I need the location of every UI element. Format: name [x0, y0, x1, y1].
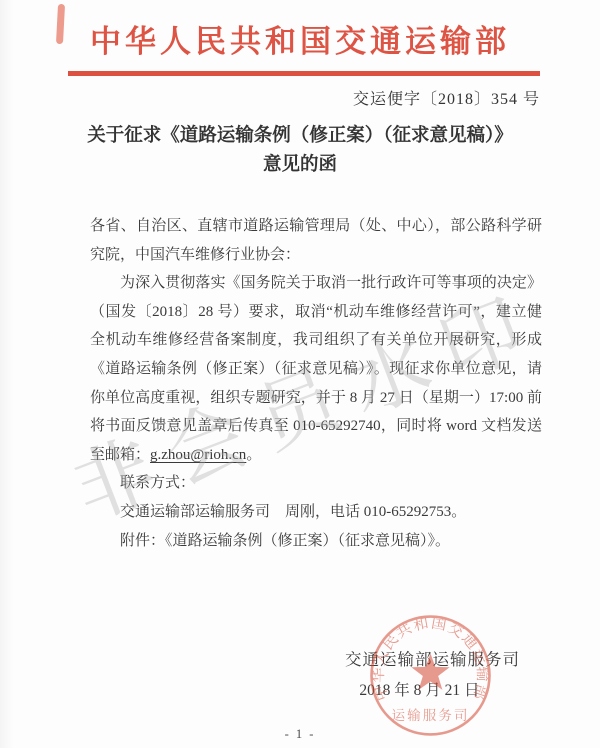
attachment-note: 附件：《道路运输条例（修正案）（征求意见稿）》。 — [90, 527, 542, 556]
seal-ring — [372, 617, 490, 735]
document-page: 非会员水印 中华人民共和国交通运输部 交运便字〔2018〕354 号 关于征求《… — [0, 0, 600, 748]
email-period: 。 — [246, 447, 261, 463]
contact-detail: 交通运输部运输服务司 周刚，电话 010-65292753。 — [90, 498, 542, 527]
signature-date: 2018 年 8 月 21 日 — [337, 678, 502, 700]
ministry-header-title: 中华人民共和国交通运输部 — [0, 0, 600, 60]
seal-bottom-text: 运输服务司 — [391, 708, 469, 723]
main-paragraph-text: 为深入贯彻落实《国务院关于取消一批行政许可等事项的决定》（国发〔2018〕28 … — [90, 275, 542, 463]
signature-department: 交通运输部运输服务司 — [345, 646, 520, 670]
header-divider — [68, 71, 540, 76]
document-title-line1: 关于征求《道路运输条例（修正案）（征求意见稿）》 — [40, 122, 560, 151]
email-address: g.zhou@rioh.cn — [150, 447, 246, 463]
document-number: 交运便字〔2018〕354 号 — [0, 86, 540, 109]
salutation: 各省、自治区、直辖市道路运输管理局（处、中心），部公路科学研究院，中国汽车维修行… — [90, 212, 542, 269]
contact-label: 联系方式： — [90, 469, 542, 498]
main-paragraph: 为深入贯彻落实《国务院关于取消一批行政许可等事项的决定》（国发〔2018〕28 … — [90, 269, 542, 469]
document-title-line2: 意见的函 — [40, 151, 560, 180]
official-seal: 中华人民共和国交通运输部 运输服务司 — [367, 612, 494, 739]
letter-body: 各省、自治区、直辖市道路运输管理局（处、中心），部公路科学研究院，中国汽车维修行… — [90, 212, 542, 555]
page-number: - 1 - — [0, 727, 600, 742]
document-title: 关于征求《道路运输条例（修正案）（征求意见稿）》 意见的函 — [40, 122, 560, 180]
